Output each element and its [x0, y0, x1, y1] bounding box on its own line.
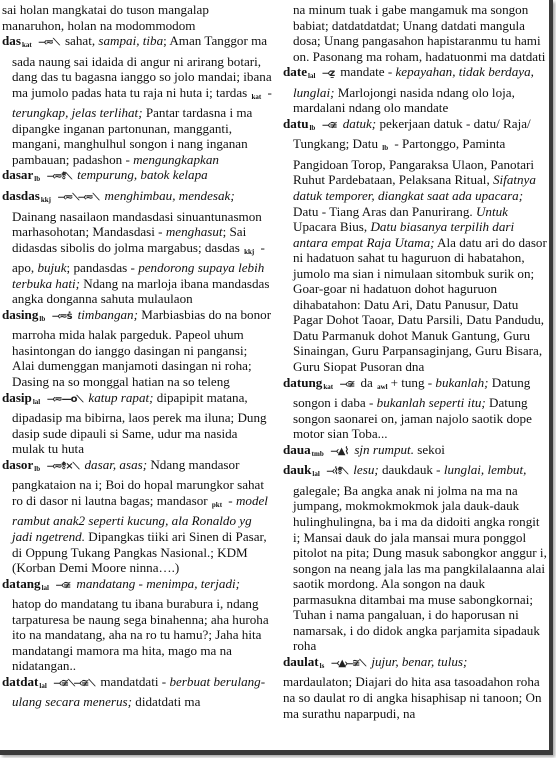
headword: daua [283, 442, 311, 457]
entry-dasing: dasinglb⤙≂ṡtimbangan; Marbiasbias do na … [2, 307, 272, 390]
pos-tag: lal [312, 470, 319, 478]
pos-tag: kkj [244, 248, 254, 256]
pos-tag: lb [34, 175, 40, 183]
entry-date: datelal⤙ẕmandate - kepayahan, tidak berd… [283, 64, 547, 116]
batak-script-glyph: ⤙≂⟍⤙≂⟍ [58, 192, 99, 203]
batak-script-glyph: ⤙▲⌇ [331, 446, 349, 457]
right-column: na minum tuak i gabe mangamuk ma songon … [283, 2, 547, 721]
pos-tag: kkj [41, 196, 51, 204]
entry-dasdas: dasdaskkj⤙≂⟍⤙≂⟍menghimbau, mendesak; Dai… [2, 188, 272, 307]
batak-script-glyph: ⤙≆ [322, 120, 336, 131]
entry-datu: datulb⤙≆datuk; pekerjaan datuk - datu/ R… [283, 116, 547, 375]
entry-dauk: dauklal⤙⌇⥉⟍lesu; daukdauk - lunglai, lem… [283, 462, 547, 654]
pos-tag: tmb [312, 450, 324, 458]
headword: das [2, 33, 21, 48]
continued-text: na minum tuak i gabe mangamuk ma songon … [283, 2, 547, 64]
entry-datang: datanglal⤙≆mandatang - menimpa, terjadi;… [2, 576, 272, 674]
pos-tag: pkt [212, 501, 222, 509]
left-column: sai holan mangkatai do tuson mangalap ma… [2, 2, 272, 710]
headword: dasdas [2, 188, 40, 203]
headword: daulat [283, 654, 319, 669]
headword: dasing [2, 307, 38, 322]
headword: dasip [2, 390, 32, 405]
batak-script-glyph: ⤙≆ [56, 580, 70, 591]
entry-daua: dauatmb⤙▲⌇sjn rumput. sekoi [283, 442, 547, 463]
headword: dasar [2, 167, 33, 182]
batak-script-glyph: ⤙≂⟍ [39, 37, 59, 48]
batak-script-glyph: ⤙ẕ [322, 68, 334, 79]
entry-daulat: daulatls⤙▲⤚≆⟍jujur, benar, tulus;mardaul… [283, 654, 547, 721]
entry-das: daskat⤙≂⟍sahat, sampai, tiba; Aman Tangg… [2, 33, 272, 167]
continued-text: sai holan mangkatai do tuson mangalap ma… [2, 2, 272, 33]
entry-dasar: dasarlb⤙≂⥉⟍tempurung, batok kelapa [2, 167, 272, 188]
pos-tag: ls [320, 662, 325, 670]
pos-tag: lb [39, 315, 45, 323]
batak-script-glyph: ⤙≆⟍⤙≆⟍ [54, 678, 95, 689]
batak-script-glyph: ⤙≂⥉×⟍ [47, 461, 78, 472]
pos-tag: lal [39, 682, 46, 690]
dictionary-page: sai holan mangkatai do tuson mangalap ma… [0, 0, 553, 755]
pos-tag: kat [22, 41, 32, 49]
headword: date [283, 64, 307, 79]
pos-tag: lb [34, 465, 40, 473]
headword: datung [283, 375, 322, 390]
batak-script-glyph: ⤙▲⤚≆⟍ [331, 658, 365, 669]
batak-script-glyph: ⤙≂ṡ [52, 311, 71, 322]
batak-script-glyph: ⤙⌇⥉⟍ [327, 466, 347, 477]
pos-tag: lal [33, 398, 40, 406]
entry-datung: datungkat⤙≆da awl+ tung - bukanlah; Datu… [283, 375, 547, 442]
batak-script-glyph: ⤙≆ [340, 379, 354, 390]
entry-datdat: datdatlal⤙≆⟍⤙≆⟍mandatdati - berbuat beru… [2, 674, 272, 710]
headword: datu [283, 116, 308, 131]
entry-dasor: dasorlb⤙≂⥉×⟍dasar, asas; Ndang mandasor … [2, 457, 272, 576]
headword: datang [2, 576, 41, 591]
batak-script-glyph: ⤙≂—o⟍ [47, 394, 82, 405]
pos-tag: lb [309, 124, 315, 132]
pos-tag: kat [323, 383, 333, 391]
headword: dasor [2, 457, 33, 472]
pos-tag: lal [42, 584, 49, 592]
pos-tag: awl [377, 383, 388, 391]
headword: dauk [283, 462, 311, 477]
pos-tag: lal [308, 72, 315, 80]
entry-dasip: dasiplal⤙≂—o⟍katup rapat; dipapipit mata… [2, 390, 272, 457]
pos-tag: kat [252, 93, 262, 101]
headword: datdat [2, 674, 38, 689]
pos-tag: lb [382, 144, 388, 152]
batak-script-glyph: ⤙≂⥉⟍ [47, 171, 71, 182]
